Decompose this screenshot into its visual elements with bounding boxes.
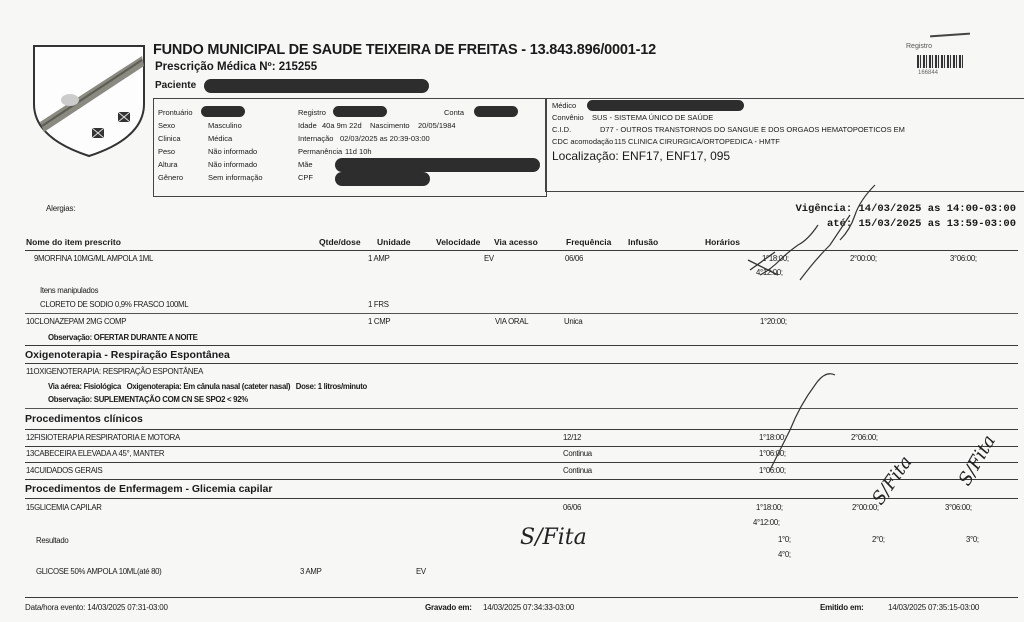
footer-gravado-label: Gravado em: bbox=[425, 603, 472, 612]
col-route: Via acesso bbox=[494, 237, 538, 247]
mae-label: Mãe bbox=[298, 160, 313, 169]
item-glicemia-time-1: 1°18:00; bbox=[756, 503, 783, 512]
footer-emitido-label: Emitido em: bbox=[820, 603, 864, 612]
item-glicemia-name: 15GLICEMIA CAPILAR bbox=[26, 503, 102, 512]
cid-value: D77 - OUTROS TRANSTORNOS DO SANGUE E DOS… bbox=[600, 125, 905, 134]
registro-label: Registro bbox=[298, 108, 326, 117]
nascimento-label: Nascimento bbox=[370, 121, 410, 130]
col-freq: Frequência bbox=[566, 237, 611, 247]
patient-label: Paciente bbox=[155, 80, 196, 91]
permanencia-value: 11d 10h bbox=[345, 147, 372, 156]
item-oxi-name: 11OXIGENOTERAPIA: RESPIRAÇÃO ESPONTÂNEA bbox=[26, 367, 203, 376]
col-infusion: Infusão bbox=[628, 237, 658, 247]
altura-value: Não informado bbox=[208, 160, 257, 169]
redacted-conta bbox=[474, 106, 518, 117]
nascimento-value: 20/05/1984 bbox=[418, 121, 456, 130]
item-cabeceira-name: 13CABECEIRA ELEVADA A 45°, MANTER bbox=[26, 449, 164, 458]
resultado-time-1: 1°0; bbox=[778, 535, 791, 544]
genero-value: Sem informação bbox=[208, 173, 263, 182]
item-cloreto-name: CLORETO DE SODIO 0,9% FRASCO 100ML bbox=[40, 300, 188, 309]
col-qty: Qtde/dose bbox=[319, 237, 361, 247]
resultado-time-4: 4°0; bbox=[778, 550, 791, 559]
cdc-label: CDC acomodação bbox=[552, 137, 613, 146]
redacted-mae bbox=[335, 158, 540, 172]
item-cuidados-freq: Continua bbox=[563, 466, 592, 475]
conta-label: Conta bbox=[444, 108, 464, 117]
registro-label: Registro bbox=[906, 43, 932, 50]
item-fisio-name: 12FISIOTERAPIA RESPIRATORIA E MOTORA bbox=[26, 433, 180, 442]
signature-mark bbox=[930, 33, 970, 38]
item-morfina-route: EV bbox=[484, 254, 494, 263]
section-procedimentos: Procedimentos clínicos bbox=[25, 413, 143, 425]
internacao-value: 02/03/2025 as 20:39-03:00 bbox=[340, 134, 430, 143]
handwritten-signature-marks bbox=[740, 180, 900, 490]
col-times: Horários bbox=[705, 237, 740, 247]
genero-label: Gênero bbox=[158, 173, 183, 182]
item-glicemia-time-3: 3°06:00; bbox=[945, 503, 972, 512]
item-cabeceira-freq: Continua bbox=[563, 449, 592, 458]
divider bbox=[25, 597, 1018, 598]
idade-value: 40a 9m 22d bbox=[322, 121, 362, 130]
item-glicemia-time-4: 4°12:00; bbox=[753, 518, 780, 527]
resultado-time-3: 3°0; bbox=[966, 535, 979, 544]
item-oxi-detail: Via aérea: Fisiológica Oxigenoterapia: E… bbox=[48, 382, 367, 391]
localizacao: Localização: ENF17, ENF17, 095 bbox=[552, 149, 730, 163]
item-glicemia-freq: 06/06 bbox=[563, 503, 581, 512]
institution-title: FUNDO MUNICIPAL DE SAUDE TEIXEIRA DE FRE… bbox=[153, 42, 656, 58]
item-morfina-qty: 1 AMP bbox=[368, 254, 389, 263]
item-cloreto-qty: 1 FRS bbox=[368, 300, 389, 309]
clinica-label: Clinica bbox=[158, 134, 181, 143]
item-clonazepam-route: VIA ORAL bbox=[495, 317, 528, 326]
cid-label: C.I.D. bbox=[552, 125, 571, 134]
item-glicemia-time-2: 2°00:00; bbox=[852, 503, 879, 512]
item-fisio-freq: 12/12 bbox=[563, 433, 581, 442]
allergies-label: Alergias: bbox=[46, 204, 75, 213]
clinica-value: Médica bbox=[208, 134, 232, 143]
convenio-label: Convênio bbox=[552, 113, 584, 122]
peso-value: Não informado bbox=[208, 147, 257, 156]
sexo-label: Sexo bbox=[158, 121, 175, 130]
barcode-number: 166844 bbox=[918, 70, 938, 76]
redacted-patient-name bbox=[204, 79, 429, 93]
sexo-value: Masculino bbox=[208, 121, 242, 130]
handwritten-sem-fita-3: S/Fita bbox=[955, 432, 1000, 490]
resultado-time-2: 2°0; bbox=[872, 535, 885, 544]
section-oxigenoterapia: Oxigenoterapia - Respiração Espontânea bbox=[25, 349, 230, 361]
manipulated-label: Itens manipulados bbox=[40, 286, 98, 295]
item-clonazepam-freq: Unica bbox=[564, 317, 582, 326]
item-oxi-obs: Observação: SUPLEMENTAÇÃO COM CN SE SPO2… bbox=[48, 395, 248, 404]
footer-gravado: 14/03/2025 07:34:33-03:00 bbox=[483, 603, 574, 612]
item-glicose-qty: 3 AMP bbox=[300, 567, 321, 576]
item-clonazepam-obs: Observação: OFERTAR DURANTE A NOITE bbox=[48, 333, 198, 342]
item-clonazepam-name: 10CLONAZEPAM 2MG COMP bbox=[26, 317, 126, 326]
idade-label: Idade bbox=[298, 121, 317, 130]
col-speed: Velocidade bbox=[436, 237, 480, 247]
item-glicose-route: EV bbox=[416, 567, 426, 576]
item-glicose-name: GLICOSE 50% AMPOLA 10ML(até 80) bbox=[36, 567, 161, 576]
redacted-cpf bbox=[335, 172, 430, 186]
item-morfina-time-3: 3°06:00; bbox=[950, 254, 977, 263]
col-name: Nome do item prescrito bbox=[26, 237, 121, 247]
section-enfermagem: Procedimentos de Enfermagem - Glicemia c… bbox=[25, 483, 272, 495]
footer-emitido: 14/03/2025 07:35:15-03:00 bbox=[888, 603, 979, 612]
prescription-number: Prescrição Médica Nº: 215255 bbox=[155, 61, 317, 73]
cpf-label: CPF bbox=[298, 173, 313, 182]
prontuario-label: Prontuário bbox=[158, 108, 193, 117]
redacted-medico bbox=[587, 100, 744, 111]
municipal-shield-logo bbox=[30, 42, 148, 160]
item-morfina-freq: 06/06 bbox=[565, 254, 583, 263]
footer-evento: Data/hora evento: 14/03/2025 07:31-03:00 bbox=[25, 603, 168, 612]
cdc-value: 115 CLINICA CIRURGICA/ORTOPEDICA - HMTF bbox=[614, 137, 780, 146]
permanencia-label: Permanência bbox=[298, 147, 342, 156]
item-clonazepam-qty: 1 CMP bbox=[368, 317, 390, 326]
peso-label: Peso bbox=[158, 147, 175, 156]
barcode-icon bbox=[917, 55, 963, 68]
item-morfina-name: 9MORFINA 10MG/ML AMPOLA 1ML bbox=[34, 254, 153, 263]
convenio-value: SUS - SISTEMA ÚNICO DE SAÚDE bbox=[592, 113, 713, 122]
altura-label: Altura bbox=[158, 160, 178, 169]
resultado-label: Resultado bbox=[36, 536, 68, 545]
handwritten-sem-fita: S/Fita bbox=[520, 525, 587, 550]
col-unit: Unidade bbox=[377, 237, 411, 247]
redacted-prontuario bbox=[201, 106, 245, 117]
redacted-registro bbox=[333, 106, 387, 117]
item-cuidados-name: 14CUIDADOS GERAIS bbox=[26, 466, 102, 475]
internacao-label: Internação bbox=[298, 134, 333, 143]
medico-label: Médico bbox=[552, 101, 576, 110]
